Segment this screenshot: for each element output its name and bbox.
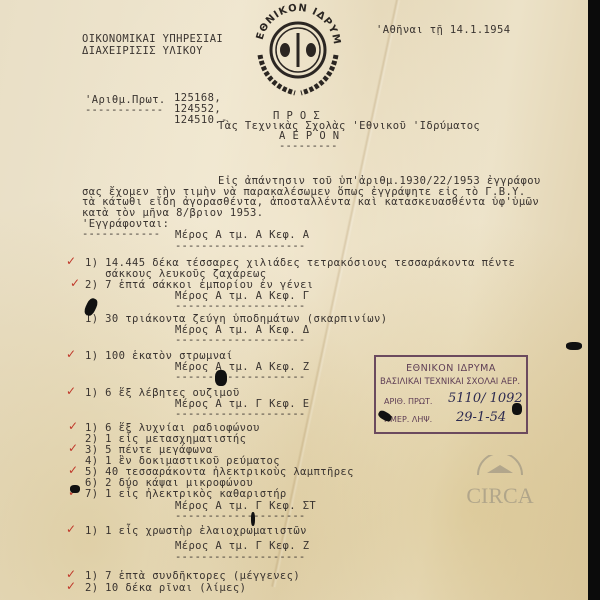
stamp-line-2: ΒΑΣΙΛΙΚΑΙ ΤΕΧΝΙΚΑΙ ΣΧΟΛΑΙ ΑΕΡ. [380,377,526,387]
check-mark-icon: ✓ [66,522,76,536]
section-underline: -------------------- [175,240,305,252]
check-mark-icon: ✓ [68,463,78,477]
list-item: 7) 1 εἷς ἠλεκτρικὸς καθαριστήρ [85,488,287,500]
stamp-date-value: 29-1-54 [456,410,506,425]
foundation-seal-icon: ΕΘΝΙΚΟΝ ΙΔΡΥΜΑ [240,0,355,100]
section-underline: -------------------- [175,551,305,563]
paper-hole [70,485,80,493]
department-line-1: ΟΙΚΟΝΟΜΙΚΑΙ ΥΠΗΡΕΣΙΑΙ [82,33,223,45]
check-mark-icon: ✓ [68,419,78,433]
section-underline: -------------------- [175,300,305,312]
section-a-dashes: ------------ [82,228,160,240]
stamp-protocol-value: 5110/ 1092 [448,391,523,406]
department-line-2: ΔΙΑΧΕΙΡΙΣΙΣ ΥΛΙΚΟΥ [82,45,203,57]
circa-watermark: CIRCA [455,455,545,525]
section-underline: -------------------- [175,510,305,522]
place-date: 'Αθῆναι τῇ 14.1.1954 [376,24,510,36]
book-logo-icon [475,455,525,477]
recipient-underline: --------- [279,140,338,152]
check-mark-icon: ✓ [66,579,76,593]
paper-hole [215,370,227,386]
stamp-protocol-label: ΑΡΙΘ. ΠΡΩΤ. [384,397,432,406]
protocol-dashes: ------------ [85,104,163,116]
list-item: 2) 10 δέκα ρῖναι (λίμες) [85,582,246,594]
background-edge [588,0,600,600]
watermark-text: CIRCA [455,483,545,509]
list-item: 1) 7 ἑπτὰ συνδῆκτορες (μέγγενες) [85,570,300,582]
recipient-line-1: Τὰς Τεχνικὰς Σχολὰς 'Εθνικοῦ 'Ιδρύματος [218,120,480,132]
section-underline: -------------------- [175,334,305,346]
paper-hole [251,512,255,526]
paper-hole [566,342,582,350]
paper-hole [512,403,522,415]
section-underline: -------------------- [175,371,305,383]
stamp-line-1: ΕΘΝΙΚΟΝ ΙΔΡΥΜΑ [376,363,526,374]
check-mark-icon: ✓ [68,441,78,455]
check-mark-icon: ✓ [66,254,76,268]
check-mark-icon: ✓ [66,384,76,398]
check-mark-icon: ✓ [66,347,76,361]
received-stamp: ΕΘΝΙΚΟΝ ΙΔΡΥΜΑ ΒΑΣΙΛΙΚΑΙ ΤΕΧΝΙΚΑΙ ΣΧΟΛΑΙ… [374,355,528,434]
section-underline: -------------------- [175,408,305,420]
check-mark-icon: ✓ [70,276,80,290]
list-item: 1) 1 εἷς χρωστὴρ ἐλαιοχρωματιστῶν [85,525,307,537]
